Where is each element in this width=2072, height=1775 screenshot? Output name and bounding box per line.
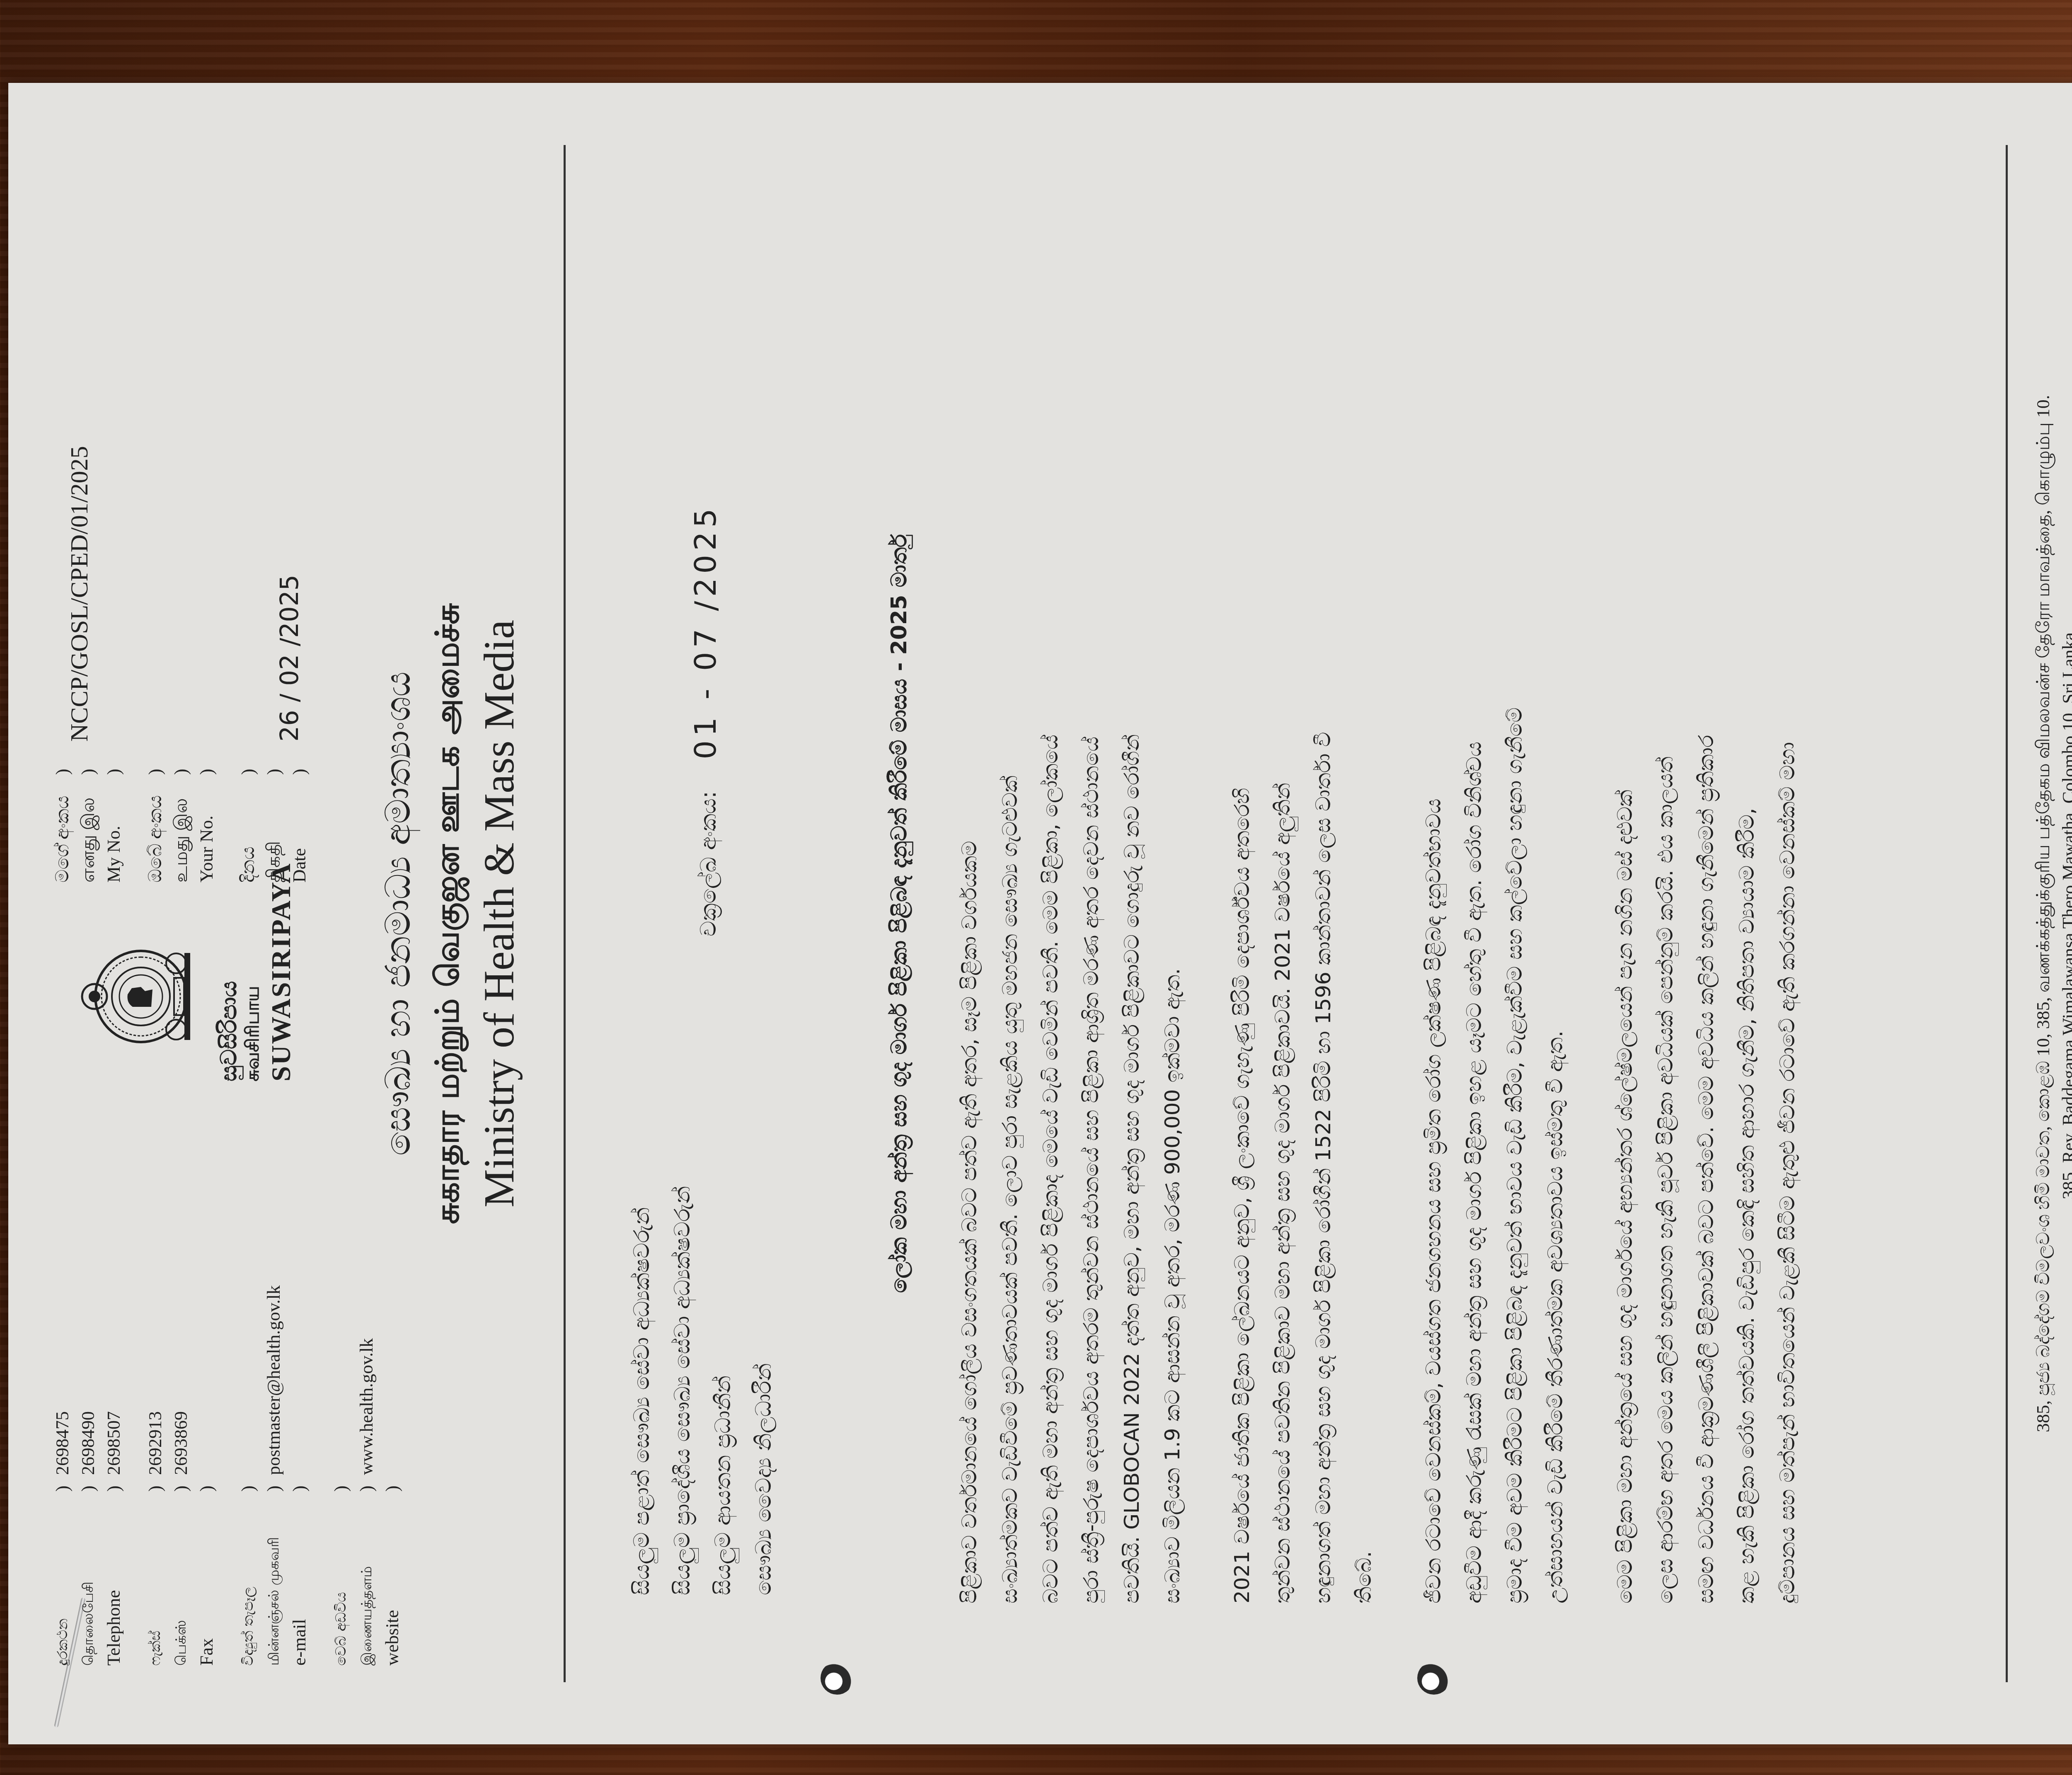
ref-my-no: මගේ අංකය எனது இல My No. ))) NCCP/GOSL/CP… [50,178,127,883]
body-paragraph: මෙම පිළිකා මහා අන්ත්‍රයේ සහ ගුද මාර්ගයේ … [1605,207,1808,1603]
ref-your-no: ඔබේ අංකය உமது இல Your No. ))) [143,178,220,883]
label-si: ඔබේ අංකය [143,775,168,883]
label-ta: எனது இல [75,775,101,883]
body-line: පුරා ස්ත්‍රී-පුරුෂ දෙපාර්ශවය අතරම තුන්වන… [1071,207,1111,1603]
label-en: My No. [101,775,127,883]
body-paragraph: 2021 වර්ෂයේ ජාතික පිළිකා ලේඛනයට අනුව, ශ්… [1222,207,1384,1603]
email-link[interactable]: postmaster@health.gov.lk [261,1285,287,1475]
body-line: 2021 වර්ෂයේ ජාතික පිළිකා ලේඛනයට අනුව, ශ්… [1222,207,1262,1603]
ref-date: දිනය திகதி Date ))) 26 / 02 /2025 [235,178,312,883]
label-en: Date [287,775,312,883]
letter-body: පිළිකාව වර්තමානයේ ගෝලීය වසංගතයක් බවට පත්… [949,207,1837,1603]
label-si: විද්‍යුත් තැපෑල [235,1492,261,1666]
addressee: සියලුම ප්‍රාදේශීය සෞඛ්‍ය සේවා අධ්‍යක්ෂවර… [662,1186,703,1595]
divider [564,145,566,1682]
body-line: සංඛ්‍යාව මිලියන 1.9 කට ආසන්න වූ අතර, මරණ… [1152,207,1193,1603]
body-line: තිබේ. [1343,207,1384,1603]
contact-telephone: දුරකථන தொலைபேசி Telephone ))) 2698475 26… [50,1086,127,1666]
circular-number-value: 01 - 07 /2025 [688,504,723,759]
body-line: කළ හැකි පිළිකා රෝග තත්වයකි. වැඩිපුර කෙඳි… [1726,207,1767,1603]
label-si: දිනය [235,775,261,883]
body-line: අඩුවීම ආදී කරුණු රැසක් මහා අන්ත්‍ර සහ ගු… [1454,207,1494,1603]
addressee-list: සියලුම පළාත් සෞඛ්‍ය සේවා අධ්‍යක්ෂවරුන් ස… [622,1186,784,1595]
date-value: 26 / 02 /2025 [235,575,312,742]
circular-number: චක්‍රලේඛ අංකය: 01 - 07 /2025 [688,504,723,936]
label-en: Fax [194,1492,220,1666]
letter-title: ලෝක මහා අන්ත්‍ර සහ ගුද මාර්ග පිළිකා පිළි… [887,83,912,1744]
label-en: e-mail [287,1492,312,1666]
ministry-name-tamil: சுகாதார மற்றும் வெகுஜன ஊடக அமைச்சு [423,83,472,1744]
label-ta: திகதி [261,775,287,883]
body-line: පිළිකාව වර්තමානයේ ගෝලීය වසංගතයක් බවට පත්… [949,207,990,1603]
label-ta: பெக்ஸ் [168,1492,194,1666]
telephone-3: 2698507 [101,1411,127,1475]
fax-2: 2693869 [168,1411,194,1475]
body-line: ජීවන රටාවේ වෙනස්කම්, වයස්ගත ජනගහනය සහ ප්… [1413,207,1454,1603]
brand-block: සුවසිරිපාය சுவசிரிபாய SUWASIRIPAYA [215,866,297,1081]
brand-tamil: சுவசிரிபாய [242,866,266,1081]
label-si: ෆැක්ස් [143,1492,168,1666]
label-ta: உமது இல [168,775,194,883]
body-line: ලෙස ආරම්භ අතර මෙය කලින් හඳුනාගත හැකි පූර… [1645,207,1686,1603]
body-line: සංඛ්‍යාත්මකව වැඩිවීමේ ප්‍රවණතාවයක් පවතී.… [990,207,1030,1603]
my-number: NCCP/GOSL/CPED/01/2025 [50,446,127,742]
ministry-heading: සෞඛ්‍ය හා ජනමාධ්‍ය අමාත්‍යාංශය சுகாதார ம… [373,83,526,1744]
circular-number-label: චක්‍රලේඛ අංකය: [696,791,721,936]
punch-hole [1417,1661,1450,1695]
addressee: සෞඛ්‍ය වෛද්‍ය නිලධාරීන් [743,1186,784,1595]
footer-address-line-1: 385, පූජ්‍ය බද්දේගම විමලවංශ හිමි මාවත, ක… [2031,83,2056,1744]
body-paragraph: පිළිකාව වර්තමානයේ ගෝලීය වසංගතයක් බවට පත්… [949,207,1193,1603]
ministry-name-sinhala: සෞඛ්‍ය හා ජනමාධ්‍ය අමාත්‍යාංශය [373,83,423,1744]
body-line: බවට පත්ව ඇති මහා අන්ත්‍ර සහ ගුද මාර්ග පි… [1030,207,1071,1603]
ministry-name-english: Ministry of Health & Mass Media [472,83,526,1744]
footer-divider [2006,145,2008,1682]
body-line: හඳුනාගත් මහා අන්ත්‍ර සහ ගුද මාර්ග පිළිකා… [1303,207,1343,1603]
addressee: සියලුම පළාත් සෞඛ්‍ය සේවා අධ්‍යක්ෂවරුන් [622,1186,662,1595]
label-en: Telephone [101,1492,127,1666]
label-ta: தொலைபேசி [75,1492,101,1666]
body-line: පවතියි. GLOBOCAN 2022 දත්ත අනුව, මහා අන්… [1111,207,1152,1603]
contact-block: දුරකථන தொலைபேசி Telephone ))) 2698475 26… [50,1086,421,1666]
body-line: ප්‍රමාද වීම අවම කිරීමට පිළිකා පිළිබඳ දැන… [1494,207,1535,1603]
body-line: තුන්වන ස්ථානයේ පවතින පිළිකාව මහා අන්ත්‍ර… [1262,207,1303,1603]
body-line: දුම්පානය සහ මත්පැන් භාවිතයෙන් වැළකී සිටී… [1767,207,1808,1603]
label-si: වෙබ් අඩවිය [328,1492,354,1666]
label-si: මගේ අංකය [50,775,75,883]
contact-fax: ෆැක්ස් பெக்ஸ் Fax ))) 2692913 2693869 [143,1086,220,1666]
body-paragraph: ජීවන රටාවේ වෙනස්කම්, වයස්ගත ජනගහනය සහ ප්… [1413,207,1576,1603]
body-line: උත්සාහයන් වැඩි කිරීමේ තීරණාත්මක අවශ්‍යතා… [1535,207,1576,1603]
body-line: මෙම පිළිකා මහා අන්ත්‍රයේ සහ ගුද මාර්ගයේ … [1605,207,1645,1603]
label-ta: மின்னஞ்சல் முகவரி [261,1492,287,1666]
footer-address-line-2: 385, Rev. Baddegama Wimalawansa Thero Ma… [2056,83,2072,1744]
reference-block: මගේ අංකය எனது இல My No. ))) NCCP/GOSL/CP… [50,178,328,883]
label-si: දුරකථන [50,1492,75,1666]
sri-lanka-emblem-icon [79,928,203,1065]
body-line: සමඟ වර්ධනය වී ආක්‍රමණශීලී පිළිකාවක් බවට … [1686,207,1726,1603]
addressee: සියලුම ආයතන ප්‍රධානීන් [703,1186,743,1595]
label-en: Your No. [194,775,220,883]
footer-address: 385, පූජ්‍ය බද්දේගම විමලවංශ හිමි මාවත, ක… [2031,83,2072,1744]
telephone-2: 2698490 [75,1411,101,1475]
contact-email: විද්‍යුත් තැපෑල மின்னஞ்சல் முகவரி e-mail… [235,1086,312,1666]
punch-hole [821,1661,854,1695]
fax-1: 2692913 [143,1411,168,1475]
brand-english: SUWASIRIPAYA [266,866,297,1081]
brand-sinhala: සුවසිරිපාය [215,866,242,1081]
telephone-1: 2698475 [50,1411,75,1475]
letter-page: දුරකථන தொலைபேசி Telephone ))) 2698475 26… [8,83,2072,1744]
